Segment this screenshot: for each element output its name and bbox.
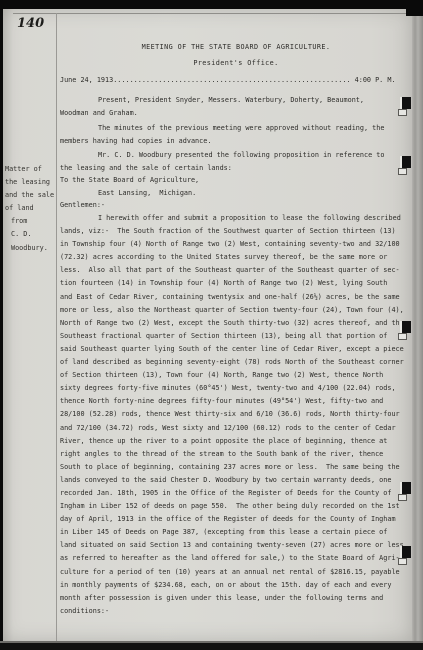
text-line: members having had copies in advance. — [60, 135, 412, 148]
text-line: culture for a period of ten (10) years a… — [60, 566, 412, 579]
text-line: (72.32) acres according to the United St… — [60, 251, 412, 264]
letter-salutation: Gentlemen:- — [60, 199, 412, 212]
proposition-paragraph: Mr. C. D. Woodbury presented the followi… — [60, 149, 412, 175]
text-line: said Southeast quarter lying South of th… — [60, 343, 412, 356]
text-line: tion fourteen (14) in Township four (4) … — [60, 277, 412, 290]
text-line: more or less, also the Northeast quarter… — [60, 304, 412, 317]
text-line: lands, viz:- The South fraction of the S… — [60, 225, 412, 238]
scanned-book-page: { "page": { "number": "140", "heading": … — [0, 0, 423, 650]
meeting-subheading: President's Office. — [60, 57, 412, 70]
text-line: I herewith offer and submit a propositio… — [60, 212, 412, 225]
book-page-edges — [412, 14, 423, 641]
text-line: as referred to hereafter as the land off… — [60, 552, 412, 565]
letter-address: To the State Board of Agriculture,East L… — [60, 174, 412, 200]
tab-white-mark — [398, 109, 407, 116]
text-line: sixty degrees forty-five minutes (60°45'… — [60, 382, 412, 395]
text-line: conditions:- — [60, 605, 412, 618]
right-edge-tab-marker — [400, 546, 412, 565]
text-line: less. Also all that part of the Southeas… — [60, 264, 412, 277]
tab-black-mark — [400, 546, 411, 558]
text-line: of land — [5, 202, 55, 215]
scan-left-edge — [0, 0, 3, 650]
text-line: River, thence up the river to a point op… — [60, 435, 412, 448]
text-line: North of Range two (2) West, except the … — [60, 317, 412, 330]
scan-top-right-corner — [406, 0, 423, 16]
scan-bottom-edge — [0, 641, 423, 650]
minutes-paragraph: The minutes of the previous meeting were… — [60, 122, 412, 148]
text-line: To the State Board of Agriculture, — [60, 174, 412, 187]
tab-white-mark — [398, 333, 407, 340]
text-line: recorded Jan. 18th, 1905 in the Office o… — [60, 487, 412, 500]
text-line: thence North forty-nine degrees fifty-fo… — [60, 395, 412, 408]
text-line: day of April, 1913 in the office of the … — [60, 513, 412, 526]
margin-divider-line — [56, 13, 57, 641]
scan-top-edge — [0, 0, 423, 9]
text-line: month after possession is given under th… — [60, 592, 412, 605]
text-line: in Township four (4) North of Range two … — [60, 238, 412, 251]
text-line: 28/100 (52.28) rods, thence West thirty-… — [60, 408, 412, 421]
text-line: South to place of beginning, containing … — [60, 461, 412, 474]
tab-black-mark — [400, 321, 411, 333]
right-edge-tab-marker — [400, 97, 412, 116]
meeting-heading: MEETING OF THE STATE BOARD OF AGRICULTUR… — [60, 41, 412, 54]
text-line: from — [5, 215, 55, 228]
page-content: MEETING OF THE STATE BOARD OF AGRICULTUR… — [60, 9, 412, 641]
text-line: of Section thirteen (13), Town four (4) … — [60, 369, 412, 382]
right-edge-tab-marker — [400, 156, 412, 175]
text-line: in monthly payments of $234.68, each, on… — [60, 579, 412, 592]
date-time-line: June 24, 1913...........................… — [60, 74, 412, 87]
text-line: land situated on said Section 13 and con… — [60, 539, 412, 552]
text-line: C. D. — [5, 228, 55, 241]
present-paragraph: Present, President Snyder, Messers. Wate… — [60, 94, 412, 120]
tab-black-mark — [400, 156, 411, 168]
tab-black-mark — [400, 97, 411, 109]
right-edge-tab-marker — [400, 482, 412, 501]
text-line: and East of Cedar River, containing twen… — [60, 291, 412, 304]
text-line: Woodman and Graham. — [60, 107, 412, 120]
text-line: right angles to the thread of the stream… — [60, 448, 412, 461]
page-scan: 140 Matter ofthe leasingand the saleof l… — [3, 9, 412, 641]
right-edge-tab-marker — [400, 321, 412, 340]
text-line: Southeast fractional quarter of Section … — [60, 330, 412, 343]
text-line: Present, President Snyder, Messers. Wate… — [60, 94, 412, 107]
text-line: of land described as beginning seventy-e… — [60, 356, 412, 369]
text-line: Ingham in Liber 152 of deeds on page 550… — [60, 500, 412, 513]
tab-white-mark — [398, 494, 407, 501]
text-line: and 72/100 (34.72) rods, West sixty and … — [60, 422, 412, 435]
text-line: Mr. C. D. Woodbury presented the followi… — [60, 149, 412, 162]
text-line: and the sale — [5, 189, 55, 202]
page-number: 140 — [17, 16, 44, 31]
tab-white-mark — [398, 168, 407, 175]
text-line: in Liber 145 of Deeds on Page 387, (exce… — [60, 526, 412, 539]
letter-body: I herewith offer and submit a propositio… — [60, 212, 412, 618]
text-line: the leasing — [5, 176, 55, 189]
margin-note: Matter ofthe leasingand the saleof landf… — [5, 163, 55, 255]
tab-black-mark — [400, 482, 411, 494]
text-line: lands conveyed to the said Chester D. Wo… — [60, 474, 412, 487]
text-line: Woodbury. — [5, 242, 55, 255]
tab-white-mark — [398, 558, 407, 565]
text-line: The minutes of the previous meeting were… — [60, 122, 412, 135]
text-line: Matter of — [5, 163, 55, 176]
